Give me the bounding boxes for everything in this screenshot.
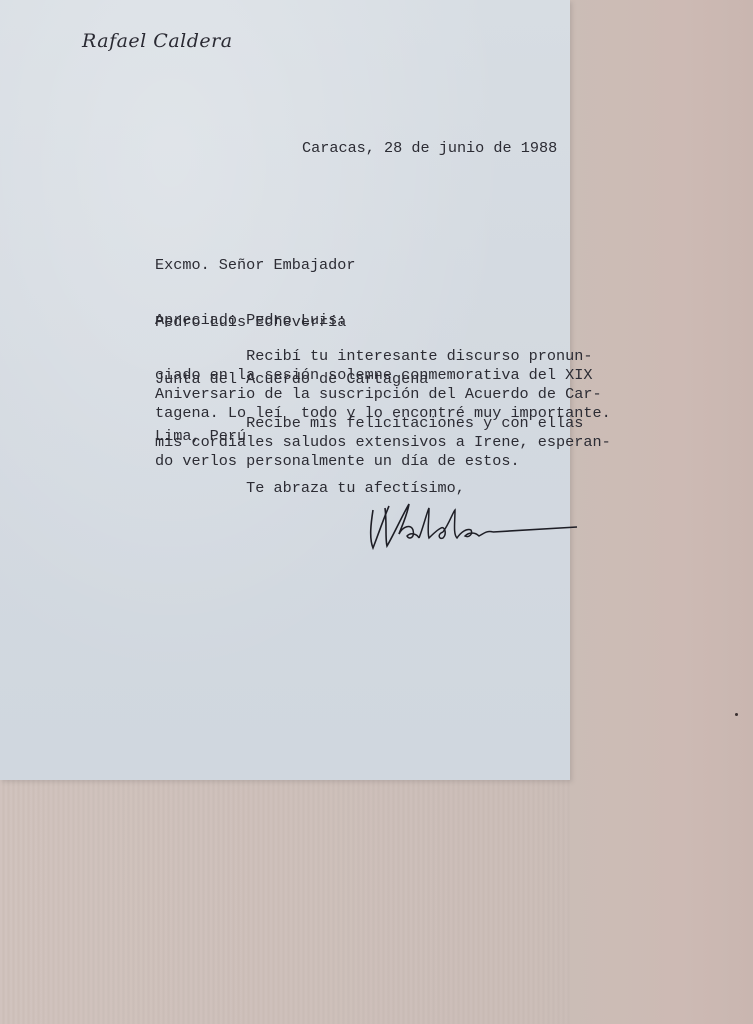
backing-paper-right <box>570 0 753 1024</box>
address-line: Excmo. Señor Embajador <box>155 256 428 275</box>
paper-speck <box>735 713 738 716</box>
letterhead-name: Rafael Caldera <box>82 30 233 52</box>
handwritten-signature <box>365 498 580 553</box>
letter-sheet: Rafael Caldera Caracas, 28 de junio de 1… <box>0 0 570 780</box>
body-paragraph-1: Recibí tu interesante discurso pronun- c… <box>155 347 611 423</box>
date-line: Caracas, 28 de junio de 1988 <box>302 139 557 158</box>
body-paragraph-2: Recibe mis felicitaciones y con ellas mi… <box>155 414 611 471</box>
salutation: Apreciado Pedro Luis: <box>155 311 346 330</box>
closing-line: Te abraza tu afectísimo, <box>155 479 465 498</box>
